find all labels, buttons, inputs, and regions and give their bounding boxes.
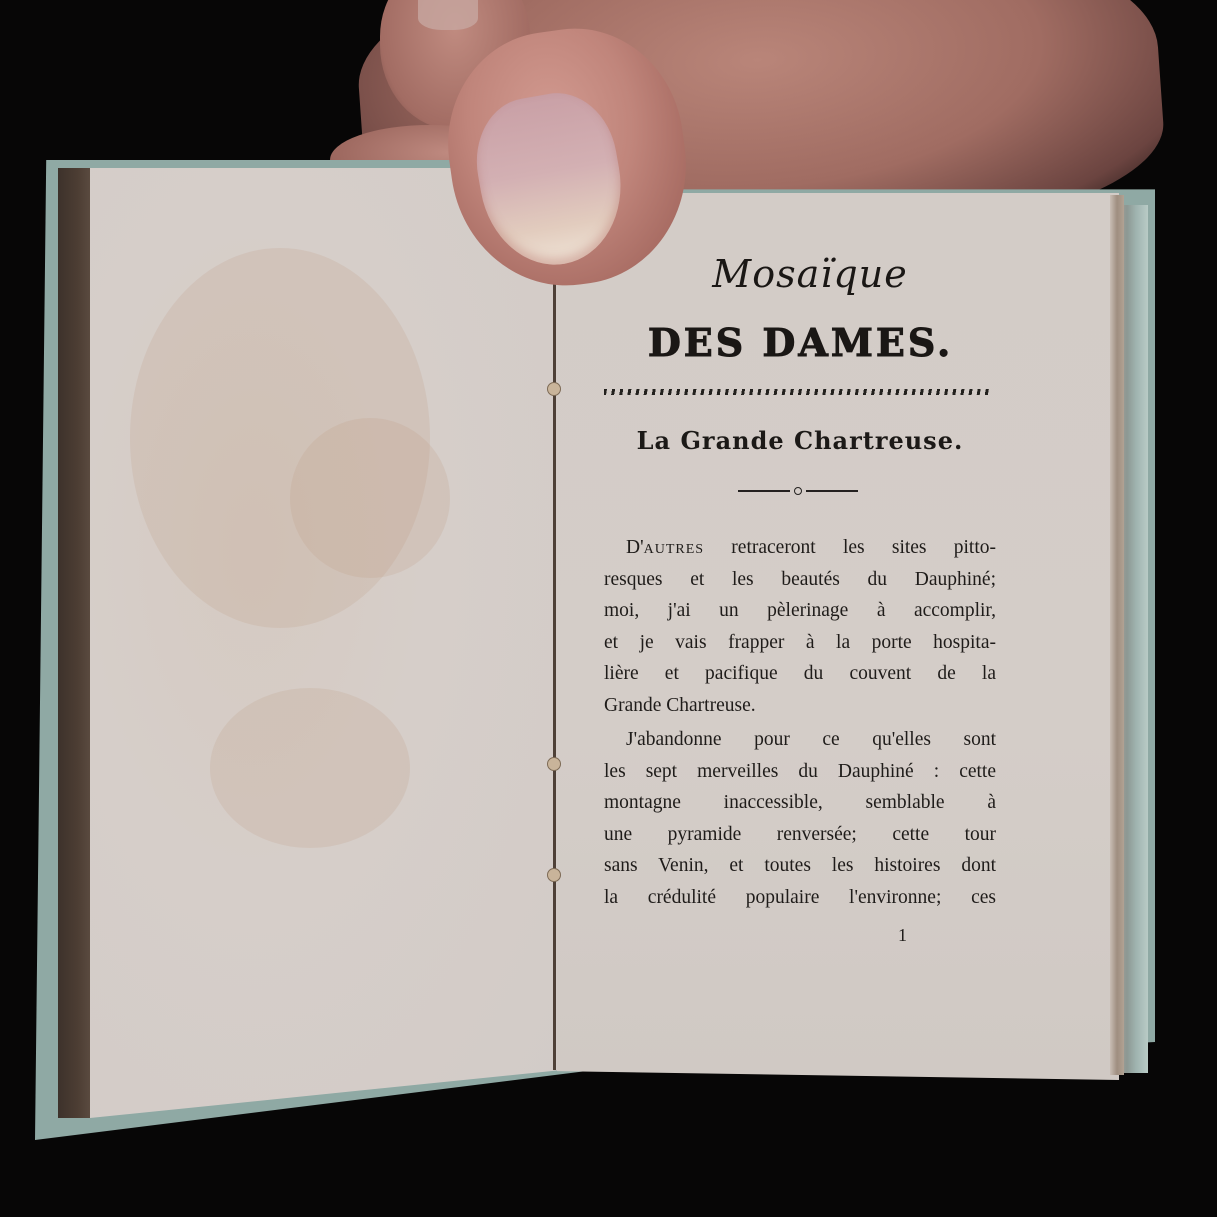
left-pastedown-strip bbox=[58, 168, 90, 1118]
text-line: la crédulité populaire l'environne; ces bbox=[604, 882, 996, 914]
text-line: lière et pacifique du couvent de la bbox=[604, 658, 996, 690]
book-gutter bbox=[553, 280, 556, 1070]
decorative-dotted-rule bbox=[604, 389, 992, 395]
text-line: D'autres retraceront les sites pitto- bbox=[604, 532, 996, 564]
text-line: sans Venin, et toutes les histoires dont bbox=[604, 850, 996, 882]
photo-scene: Mosaïque DES DAMES. La Grande Chartreuse… bbox=[0, 0, 1217, 1217]
text-line: et je vais frapper à la porte hospita- bbox=[604, 627, 996, 659]
page-number: 1 bbox=[898, 925, 907, 946]
page-block-edge bbox=[1110, 195, 1124, 1075]
text-line: les sept merveilles du Dauphiné : cette bbox=[604, 756, 996, 788]
text-line: une pyramide renversée; cette tour bbox=[604, 819, 996, 851]
text-line: J'abandonne pour ce qu'elles sont bbox=[604, 724, 996, 756]
binding-stitch bbox=[547, 382, 561, 396]
text-line: Grande Chartreuse. bbox=[604, 690, 996, 722]
paragraph-1: D'autres retraceront les sites pitto- re… bbox=[604, 532, 996, 721]
binding-stitch bbox=[547, 868, 561, 882]
text-line: resques et les beautés du Dauphiné; bbox=[604, 564, 996, 596]
section-title: La Grande Chartreuse. bbox=[610, 426, 990, 455]
paragraph-2: J'abandonne pour ce qu'elles sont les se… bbox=[604, 724, 996, 913]
text-line: montagne inaccessible, semblable à bbox=[604, 787, 996, 819]
ornament-divider-icon bbox=[738, 486, 858, 496]
index-fingernail bbox=[418, 0, 478, 30]
title-main: DES DAMES. bbox=[628, 320, 973, 365]
title-script: Mosaïque bbox=[700, 252, 920, 296]
text-line: moi, j'ai un pèlerinage à accomplir, bbox=[604, 595, 996, 627]
binding-stitch bbox=[547, 757, 561, 771]
left-page-blank bbox=[90, 168, 557, 1118]
